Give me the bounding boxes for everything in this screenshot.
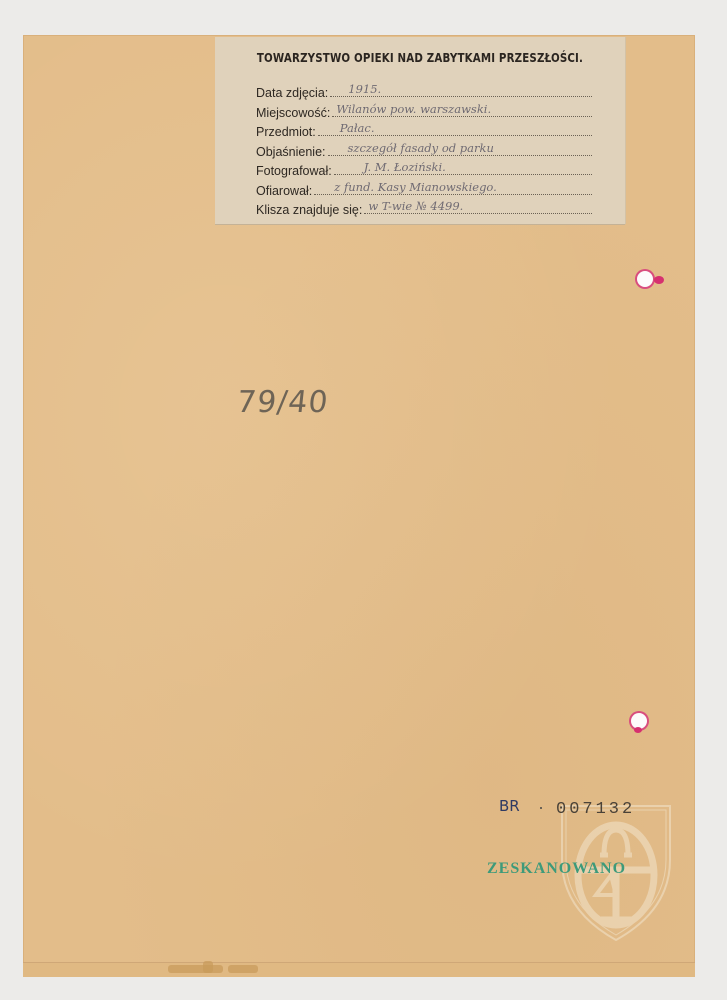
red-stain [634,727,642,733]
field-value: Pałac. [340,121,375,135]
dot [540,807,542,809]
field-subject: Przedmiot: Pałac. [256,121,592,141]
dotted-line: w T-wie № 4499. [364,199,592,214]
field-value: 1915. [348,82,381,96]
board-bottom-edge [23,962,695,977]
br-mark: BR [499,797,520,815]
red-stain [654,276,664,284]
label-fields: Data zdjęcia: 1915. Miejscowość: Wilanów… [256,82,592,219]
field-value: J. M. Łoziński. [364,160,446,174]
dotted-line: 1915. [330,82,592,97]
field-photo-date: Data zdjęcia: 1915. [256,82,592,102]
stain [228,965,258,973]
field-label: Przedmiot: [256,125,316,139]
field-value: w T-wie № 4499. [368,199,463,213]
field-value: z fund. Kasy Mianowskiego. [334,180,497,194]
field-negative-location: Klisza znajduje się: w T-wie № 4499. [256,199,592,219]
pencil-catalog-number: 79/40 [235,385,330,420]
field-donor: Ofiarował: z fund. Kasy Mianowskiego. [256,180,592,200]
field-explanation: Objaśnienie: szczegół fasady od parku [256,141,592,161]
field-label: Klisza znajduje się: [256,203,362,217]
field-label: Objaśnienie: [256,145,326,159]
dotted-line: szczegół fasady od parku [328,141,593,156]
scanned-stamp: ZESKANOWANO [487,860,626,878]
field-value: Wilanów pow. warszawski. [336,102,491,116]
stain [203,961,213,973]
field-location: Miejscowość: Wilanów pow. warszawski. [256,102,592,122]
society-label: TOWARZYSTWO OPIEKI NAD ZABYTKAMI PRZESZŁ… [215,37,625,224]
field-label: Fotografował: [256,164,332,178]
field-label: Ofiarował: [256,184,312,198]
stain [168,965,223,973]
field-label: Miejscowość: [256,106,330,120]
field-photographer: Fotografował: J. M. Łoziński. [256,160,592,180]
label-title: TOWARZYSTWO OPIEKI NAD ZABYTKAMI PRZESZŁ… [252,50,588,65]
dotted-line: z fund. Kasy Mianowskiego. [314,180,592,195]
punch-hole [637,271,653,287]
dotted-line: J. M. Łoziński. [334,160,592,175]
inventory-number: 007132 [556,800,635,819]
dotted-line: Pałac. [318,121,592,136]
field-value: szczegół fasady od parku [348,141,494,155]
dotted-line: Wilanów pow. warszawski. [332,102,592,117]
field-label: Data zdjęcia: [256,86,328,100]
